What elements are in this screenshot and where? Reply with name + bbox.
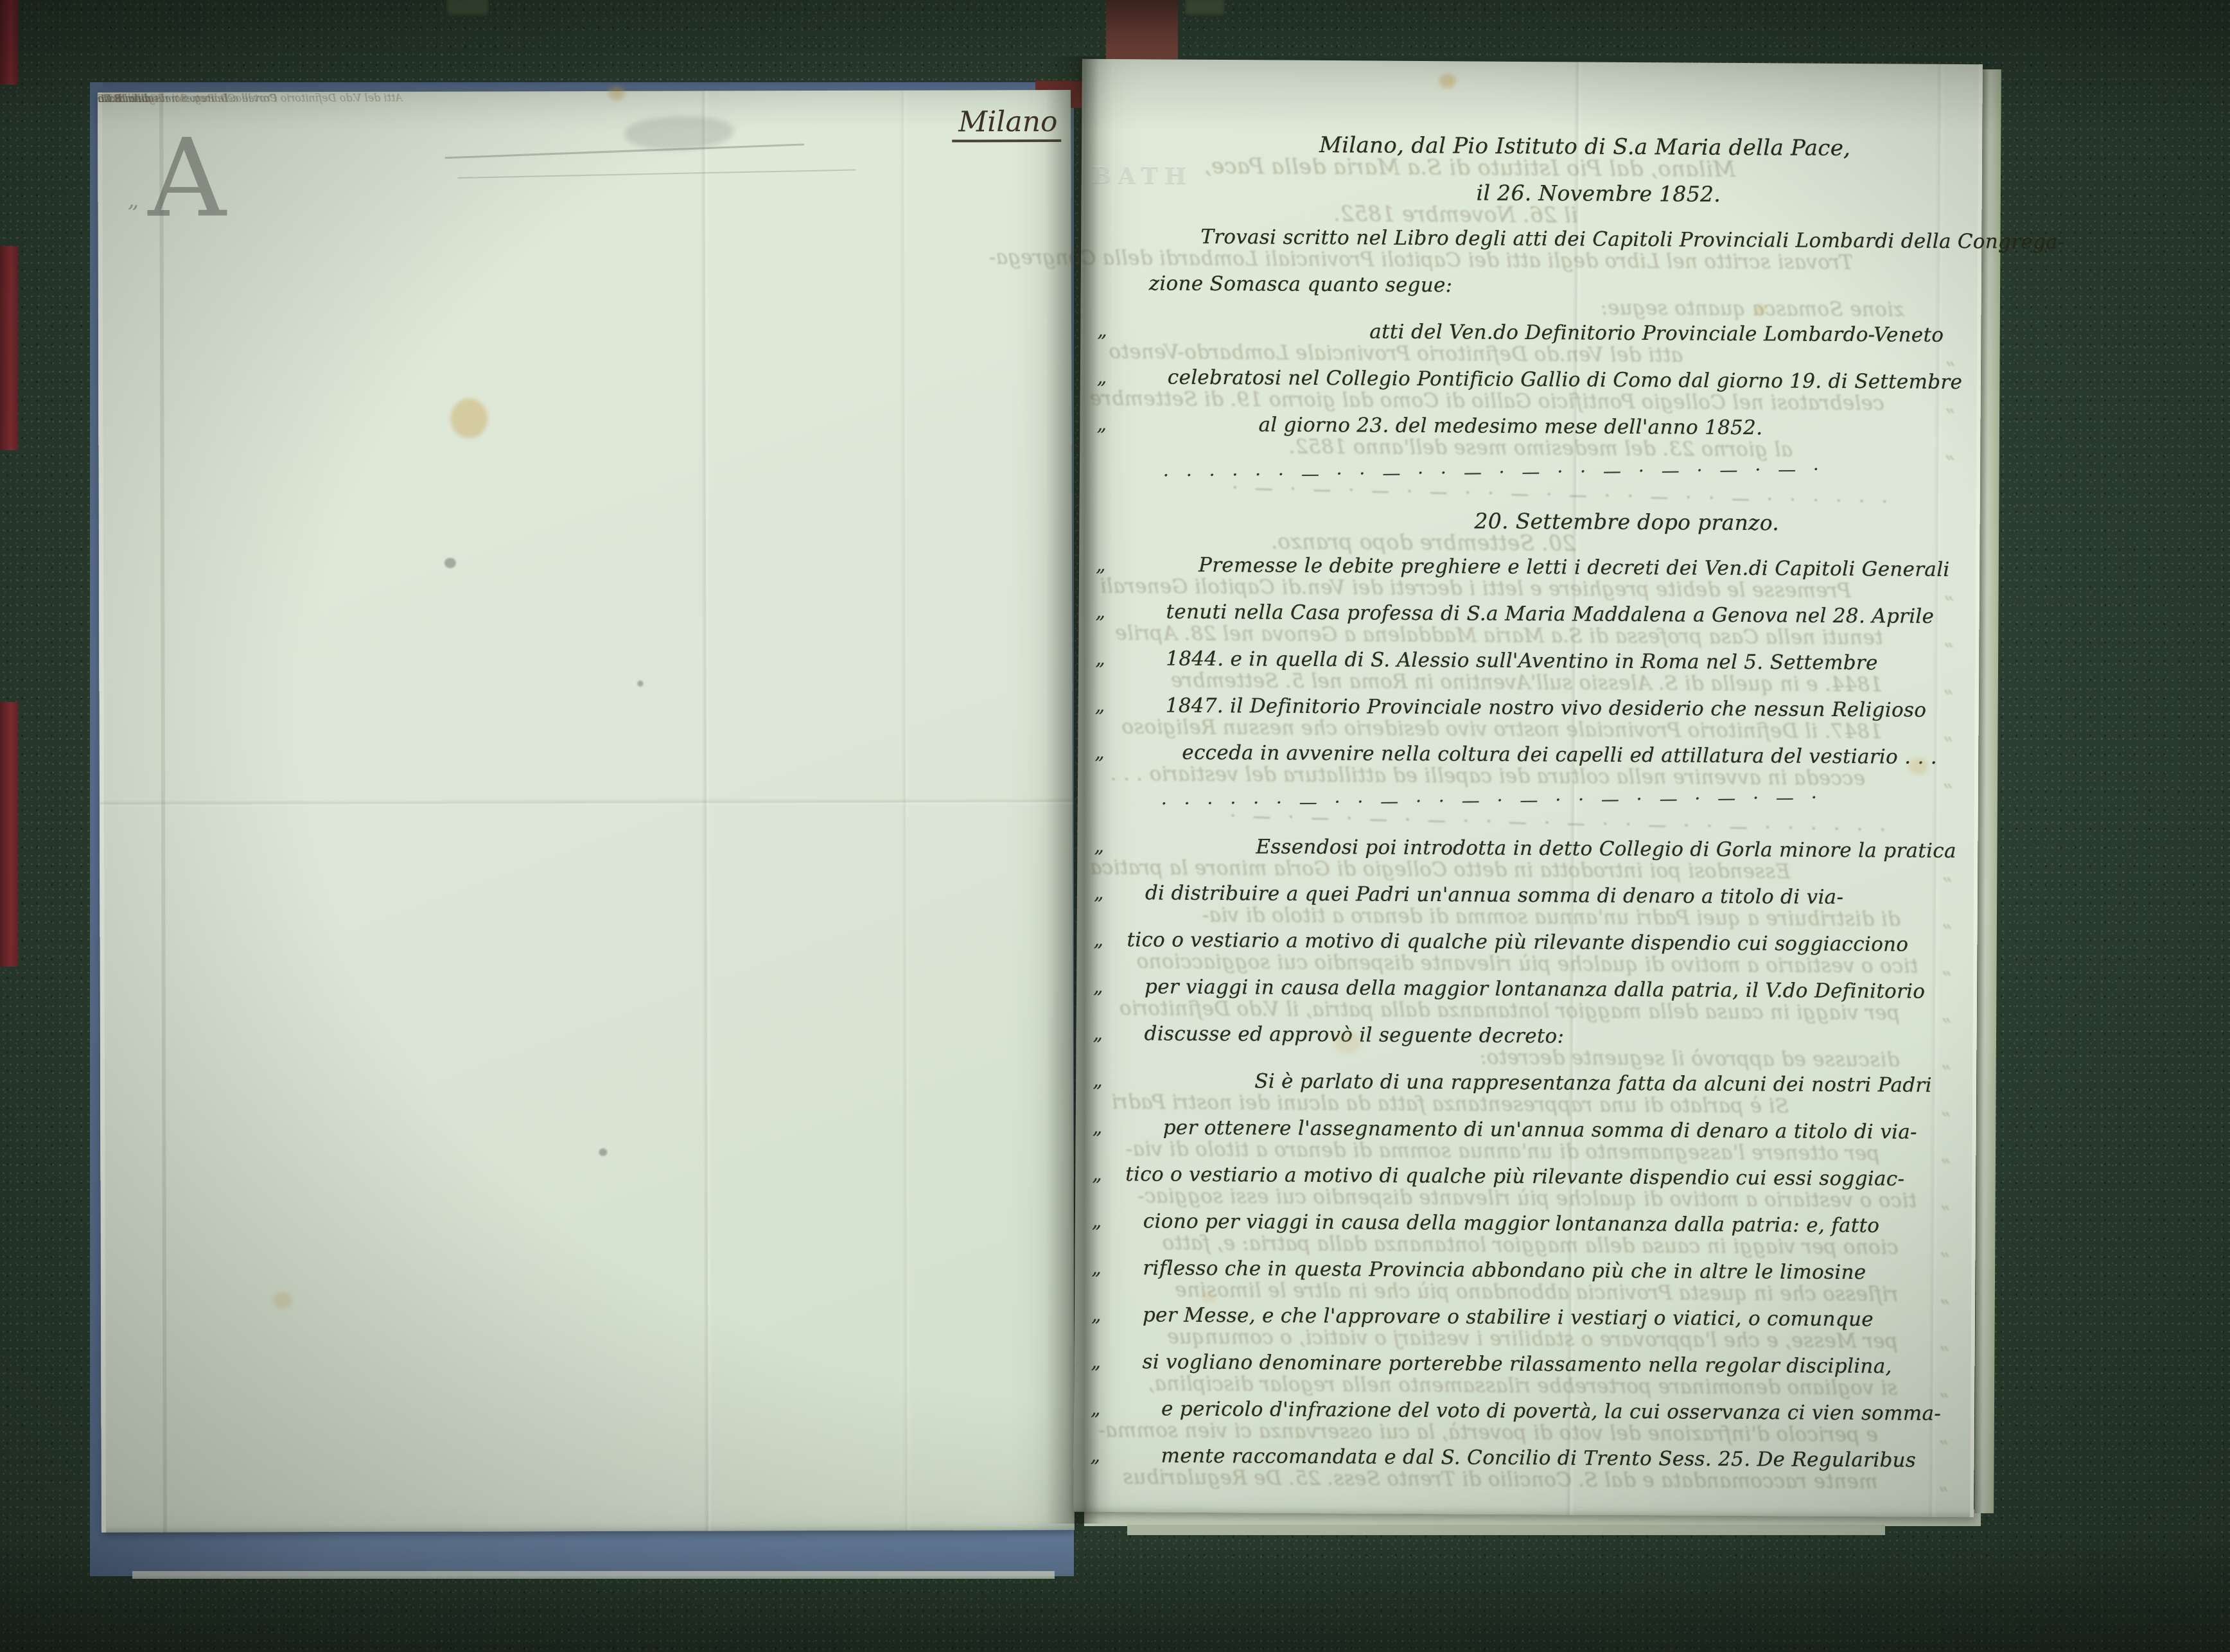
manuscript-line: „ciono per viaggi in causa della maggior…	[1092, 1209, 1976, 1261]
manuscript-line: „1844. e in quella di S. Alessio sull'Av…	[1095, 647, 1979, 699]
cradle-tab	[1185, 0, 1225, 17]
manuscript-line: Milano, dal Pio Istituto di S.a Maria de…	[1098, 131, 1982, 183]
manuscript-line-text: 1847. il Definitorio Provinciale nostro …	[1166, 694, 1927, 722]
margin-quote-mark: „	[1095, 647, 1123, 670]
stain	[1755, 304, 1766, 314]
manuscript-line: Trovasi scritto nel Libro degli atti dei…	[1098, 225, 1981, 277]
manuscript-line-text: tenuti nella Casa professa di S.a Maria …	[1166, 601, 1935, 628]
manuscript-line: „per ottenere l'assegnamento di un'annua…	[1092, 1116, 1976, 1168]
margin-quote-mark: „	[1094, 741, 1123, 764]
cradle-tab	[446, 0, 489, 17]
manuscript-line: „tico o vestiario a motivo di qualche pi…	[1093, 928, 1977, 980]
margin-quote-mark: „	[1092, 1163, 1120, 1186]
dotted-leader: · · · · · · — · · — · · — · — · · — · — …	[1094, 787, 1978, 839]
margin-quote-mark: „	[1096, 601, 1124, 623]
margin-quote-mark: „	[1091, 1351, 1119, 1373]
margin-quote-mark: „	[1091, 1445, 1119, 1467]
manuscript-line: zione Somasca quanto segue:	[1097, 272, 1981, 324]
manuscript-line-text: Premesse le debite preghiere e letti i d…	[1198, 554, 1950, 581]
sheet-edge-line	[159, 92, 167, 1533]
margin-quote-mark: „	[1092, 1210, 1120, 1233]
pencil-smudge	[624, 116, 733, 150]
margin-quote-mark: „	[1094, 835, 1122, 857]
margin-quote-mark: „	[1093, 1116, 1121, 1139]
manuscript-line-text: si vogliano denominare porterebbe rilass…	[1142, 1350, 1892, 1378]
fold-crease	[100, 798, 1073, 808]
page-stack-edge	[132, 1571, 1055, 1579]
margin-quote-mark: „	[1096, 554, 1124, 576]
stain	[608, 86, 625, 100]
manuscript-line: „mente raccomandata e dal S. Concilio di…	[1090, 1444, 1974, 1496]
ink-spot	[637, 681, 643, 687]
manuscript-line: „Si è parlato di una rappresentanza fatt…	[1093, 1069, 1976, 1121]
pencil-scribble-line	[457, 169, 856, 178]
manuscript-line-text: Trovasi scritto nel Libro degli atti dei…	[1200, 225, 2065, 254]
margin-quote-mark: „	[1097, 366, 1125, 389]
book-cover-red-edge	[0, 0, 18, 85]
bleedthrough-note: Atti del V.do Definitorio Prov.le celebr…	[98, 92, 403, 105]
pencil-letter-A: A	[148, 115, 226, 241]
archive-city-label: Milano	[952, 105, 1061, 142]
margin-quote-mark: „	[1091, 1398, 1119, 1420]
manuscript-line: „per viaggi in causa della maggior lonta…	[1093, 975, 1977, 1027]
manuscript-line-text: Milano, dal Pio Istituto di S.a Maria de…	[1319, 132, 1850, 161]
manuscript-line: „1847. il Definitorio Provinciale nostro…	[1094, 694, 1978, 746]
manuscript-line: „e pericolo d'infrazione del voto di pov…	[1091, 1397, 1974, 1449]
manuscript-line-text: 20. Settembre dopo pranzo.	[1474, 508, 1779, 535]
manuscript-line-text: mente raccomandata e dal S. Concilio di …	[1161, 1445, 1917, 1472]
manuscript-line-text: 1844. e in quella di S. Alessio sull'Ave…	[1166, 647, 1878, 675]
manuscript-line-text: Essendosi poi introdotta in detto Colleg…	[1256, 835, 1956, 863]
manuscript-line-text: celebratosi nel Collegio Pontificio Gall…	[1168, 366, 1962, 394]
manuscript-line: „atti del Ven.do Definitorio Provinciale…	[1097, 319, 1981, 371]
manuscript-line: „tenuti nella Casa professa di S.a Maria…	[1095, 600, 1979, 652]
margin-quote-mark: „	[1093, 1023, 1121, 1045]
manuscript-line-text: Si è parlato di una rappresentanza fatta…	[1254, 1069, 1932, 1096]
fold-crease	[700, 91, 713, 1531]
manuscript-line-text: per ottenere l'assegnamento di un'annua …	[1163, 1116, 1917, 1144]
manuscript-line-text: per Messe, e che l'approvare o stabilire…	[1143, 1303, 1874, 1331]
ink-spot	[444, 558, 456, 568]
margin-quote-mark: „	[1097, 319, 1125, 342]
margin-quote-mark: „	[1096, 413, 1125, 435]
dotted-leader-text: · · · · · · — · · — · · — · — · · — · — …	[1163, 459, 1825, 486]
right-page: BATH Milano, dal Pio Istituto di S.a Mar…	[1073, 59, 1983, 1518]
manuscript-line: il 26. Novembre 1852.	[1098, 178, 1981, 230]
stain	[1334, 1032, 1361, 1053]
manuscript-line-text: ecceda in avvenire nella coltura dei cap…	[1182, 741, 1937, 769]
manuscript-line: „ecceda in avvenire nella coltura dei ca…	[1094, 741, 1978, 793]
stain	[450, 398, 487, 438]
stain	[273, 1292, 292, 1308]
fold-crease	[899, 91, 912, 1531]
manuscript-line: „discusse ed approvò il seguente decreto…	[1093, 1022, 1976, 1074]
manuscript-line: „Essendosi poi introdotta in detto Colle…	[1094, 834, 1978, 886]
manuscript-line: „riflesso che in questa Provincia abbond…	[1091, 1256, 1975, 1308]
margin-quote-mark: „	[1093, 1069, 1121, 1092]
pencil-tick: „	[127, 187, 142, 214]
manuscript-line-text: riflesso che in questa Provincia abbonda…	[1143, 1256, 1866, 1284]
margin-quote-mark: „	[1093, 929, 1121, 951]
manuscript-line: 20. Settembre dopo pranzo.	[1096, 506, 1980, 558]
manuscript-line: „per Messe, e che l'approvare o stabilir…	[1091, 1303, 1975, 1355]
manuscript-line: „di distribuire a quei Padri un'annua so…	[1094, 881, 1978, 933]
manuscript-line-text: zione Somasca quanto segue:	[1149, 272, 1453, 297]
manuscript-line-text: per viaggi in causa della maggior lontan…	[1145, 975, 1925, 1003]
manuscript-line: „Premesse le debite preghiere e letti i …	[1096, 553, 1980, 605]
ink-spot	[599, 1148, 607, 1156]
manuscript-line-text: il 26. Novembre 1852.	[1477, 180, 1721, 206]
photographed-manuscript-scene: A „ Milano Archivio Cartello: Documenti …	[0, 0, 2230, 1652]
manuscript-line-text: atti del Ven.do Definitorio Provinciale …	[1369, 320, 1944, 346]
manuscript-line: „si vogliano denominare porterebbe rilas…	[1091, 1350, 1974, 1402]
dotted-leader-text: · · · · · · — · · — · · — · — · · — · — …	[1161, 787, 1823, 814]
manuscript-line-text: al giorno 23. del medesimo mese dell'ann…	[1258, 413, 1762, 439]
margin-quote-mark: „	[1093, 976, 1121, 998]
stain	[1439, 74, 1456, 88]
margin-quote-mark: „	[1094, 882, 1122, 904]
manuscript-line-text: ciono per viaggi in causa della maggior …	[1143, 1209, 1880, 1237]
margin-quote-mark: „	[1091, 1257, 1119, 1279]
manuscript-line: „tico o vestiario a motivo di qualche pi…	[1092, 1163, 1976, 1215]
pencil-scribble-line	[444, 143, 804, 159]
book-spine-headband	[1106, 0, 1178, 59]
manuscript-line: „al giorno 23. del medesimo mese dell'an…	[1096, 412, 1980, 464]
dotted-leader: · · · · · · — · · — · · — · — · · — · — …	[1096, 459, 1980, 511]
manuscript-line: „celebratosi nel Collegio Pontificio Gal…	[1097, 365, 1981, 417]
manuscript-line-text: e pericolo d'infrazione del voto di pove…	[1161, 1398, 1941, 1425]
left-page: A „ Milano Archivio Cartello: Documenti …	[98, 90, 1075, 1533]
book-cover-red-edge	[0, 246, 18, 450]
margin-quote-mark: „	[1095, 694, 1123, 717]
manuscript-line-text: tico o vestiario a motivo di qualche più…	[1125, 1163, 1904, 1190]
stain	[1909, 758, 1928, 775]
stain	[1202, 1292, 1216, 1303]
manuscript-line-text: tico o vestiario a motivo di qualche più…	[1127, 928, 1908, 956]
manuscript-line-text: di distribuire a quei Padri un'annua som…	[1145, 881, 1843, 909]
book-cover-red-edge	[0, 702, 18, 967]
margin-quote-mark: „	[1091, 1304, 1119, 1326]
